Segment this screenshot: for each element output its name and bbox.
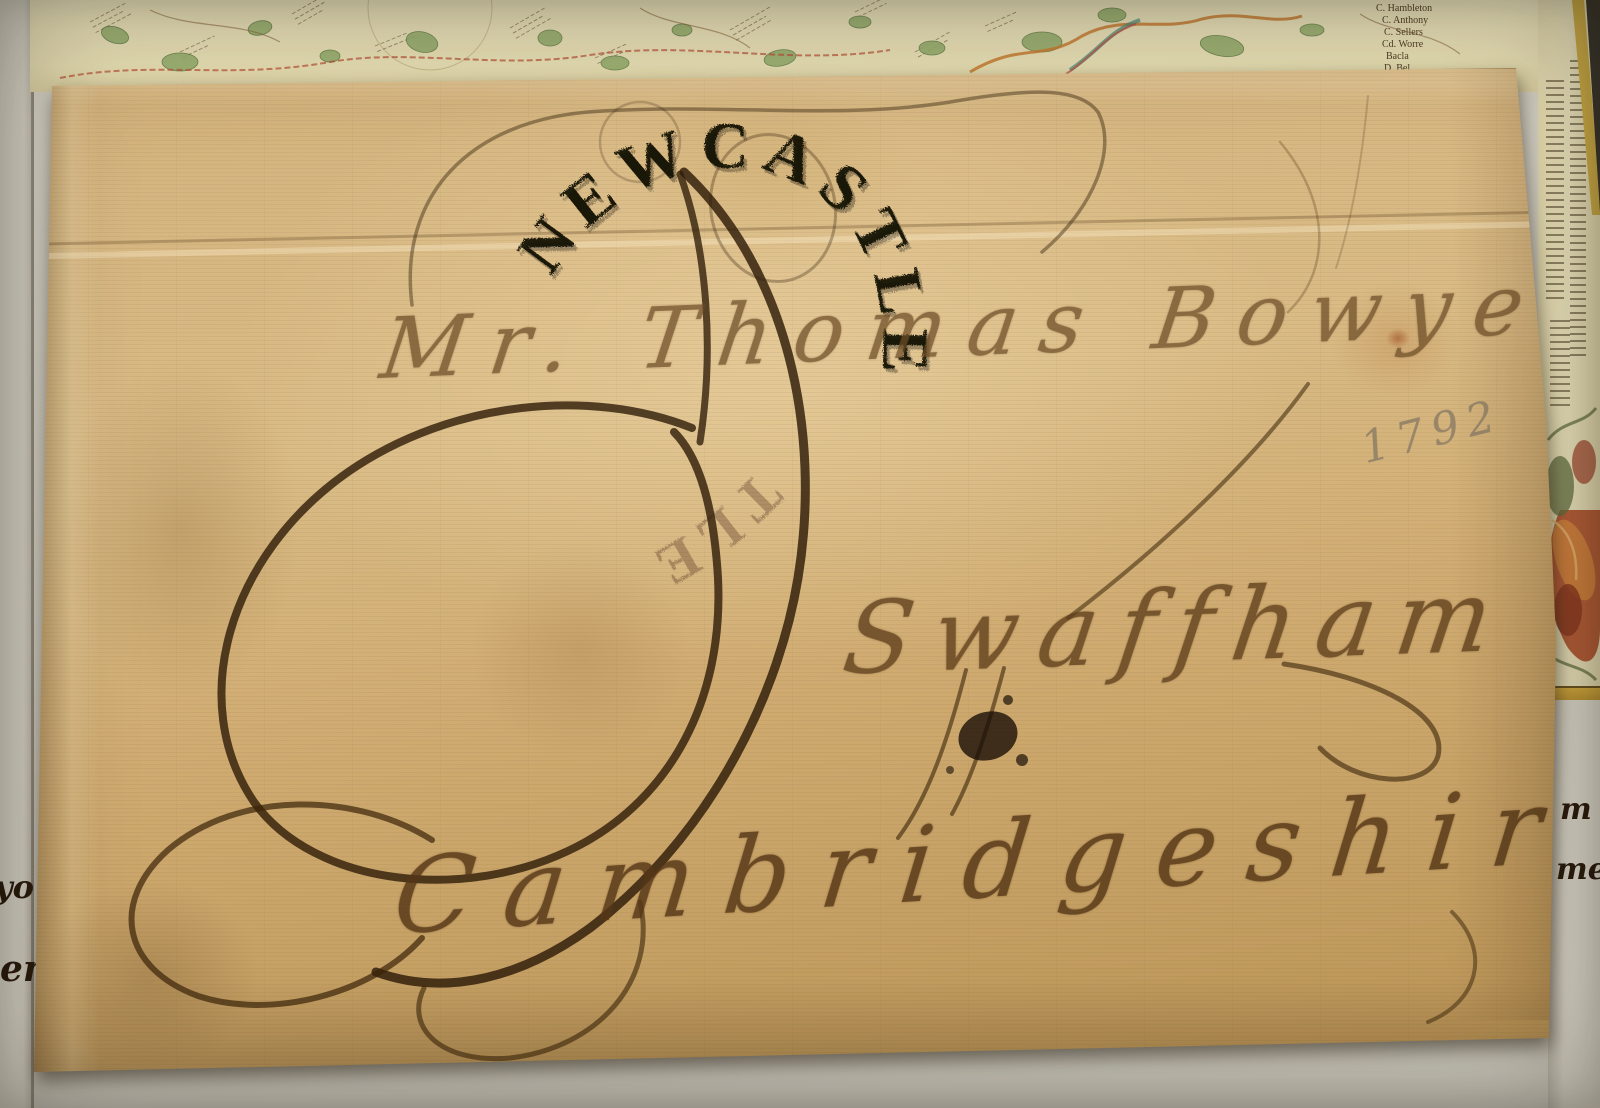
folded-letter: NEWCASTLE NEWCASTLE TLE — [0, 0, 1600, 1108]
address-line-2: Swaffham — [837, 556, 1520, 697]
ink-blot — [946, 695, 1028, 774]
ink-marks: NEWCASTLE NEWCASTLE TLE — [0, 0, 1600, 1108]
photograph: yo en — [0, 0, 1600, 1108]
